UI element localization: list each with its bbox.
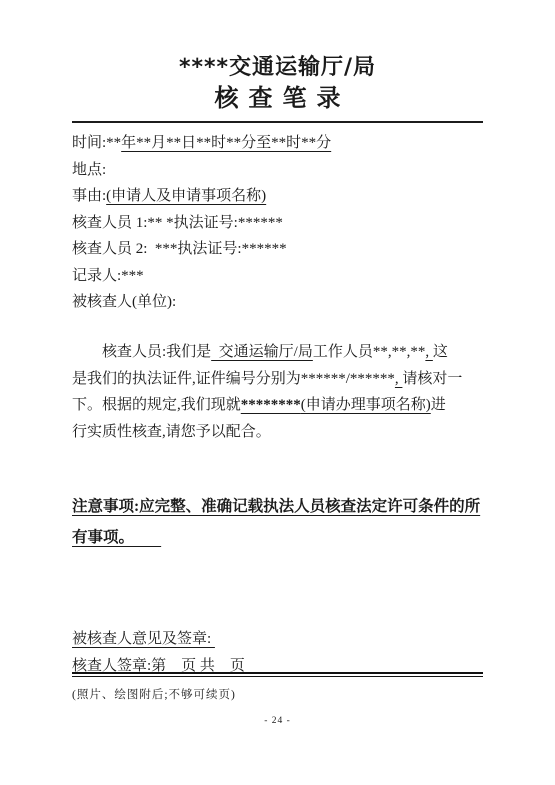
text-segment: (申请办理事项名称) [301,397,431,413]
text-line: 核查人员 1:** *执法证号:****** [72,210,492,237]
text-segment: 请核对一 [402,371,462,387]
text-line: 地点: [72,157,492,184]
text-segment: , [425,344,433,360]
text-line: 有事项。 [72,522,492,553]
text-line: 核查人员:我们是 交通运输厅/局工作人员**,**,**, 这 [72,339,492,366]
text-segment: 注意事项:应完整、准确记载执法人员核查法定许可条件的所 [72,498,480,515]
notice-section: 注意事项:应完整、准确记载执法人员核查法定许可条件的所有事项。 [72,491,492,553]
attachment-note: (照片、绘图附后;不够可续页) [72,687,236,703]
text-segment: 这 [433,344,448,360]
recorder-row: 记录人:*** [72,268,144,284]
inspector2-row: 核查人员 2: ***执法证号:****** [72,241,287,257]
text-segment: 行实质性核查,请您予以配合。 [72,424,271,440]
document-title-agency: ****交通运输厅/局 [0,54,555,82]
text-segment: 核查人员:我们是 [102,344,211,360]
reason-value: (申请人及申请事项名称) [106,188,266,204]
time-label: 时间:** [72,135,121,151]
time-value: 年**月**日**时**分至**时**分 [121,135,331,151]
document-page: ****交通运输厅/局 核查笔录 时间:**年**月**日**时**分至**时*… [0,0,555,785]
text-line: 行实质性核查,请您予以配合。 [72,419,492,446]
text-line: 注意事项:应完整、准确记载执法人员核查法定许可条件的所 [72,491,492,522]
inspected-party-label: 被核查人(单位): [72,294,176,310]
text-segment: 工作人员**,**,** [313,344,426,360]
reason-label: 事由: [72,188,106,204]
document-title-record: 核查笔录 [0,84,555,112]
text-segment: 是我们的执法证件,证件编号分别为******/****** [72,371,395,387]
opening-statement: 核查人员:我们是 交通运输厅/局工作人员**,**,**, 这是我们的执法证件,… [72,339,492,446]
text-line: 被核查人(单位): [72,289,492,316]
inspected-signature-label: 被核查人意见及签章: [72,631,215,647]
text-line: 是我们的执法证件,证件编号分别为******/******, 请核对一 [72,366,492,393]
header-divider-rule [72,121,483,123]
text-line: 记录人:*** [72,263,492,290]
text-segment: ******** [241,397,301,413]
text-line: 被核查人意见及签章: [72,626,492,653]
place-label: 地点: [72,162,106,178]
text-segment: 下。根据的规定,我们现就 [72,397,241,413]
text-segment: 有事项。 [72,529,161,546]
text-segment: 交通运输厅/局 [211,344,313,360]
text-line: 核查人员 2: ***执法证号:****** [72,236,492,263]
bottom-double-rule [72,672,483,677]
text-line: 时间:**年**月**日**时**分至**时**分 [72,130,492,157]
text-line: 事由:(申请人及申请事项名称) [72,183,492,210]
info-fields: 时间:**年**月**日**时**分至**时**分地点:事由:(申请人及申请事项… [72,130,492,316]
text-line: 下。根据的规定,我们现就********(申请办理事项名称)进 [72,392,492,419]
page-number: - 24 - [0,716,555,726]
inspector1-row: 核查人员 1:** *执法证号:****** [72,215,283,231]
text-segment: 进 [431,397,446,413]
